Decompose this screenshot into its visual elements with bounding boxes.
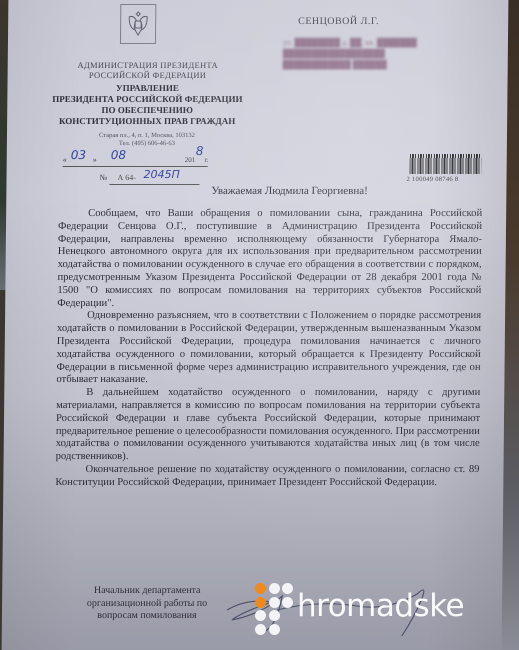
- number-printed: А 64-: [117, 173, 136, 182]
- body-paragraph: Одновременно разъясняем, что в соответст…: [56, 310, 481, 387]
- barcode-icon: [410, 154, 482, 174]
- signature-line: организационной работы по: [72, 598, 222, 611]
- letterhead-dept-line: Президента Российской Федерации: [47, 94, 247, 104]
- address-line: ул. ████████ д. ██, кв. ███████: [283, 37, 478, 48]
- date-month: 08: [111, 148, 126, 162]
- barcode-number: 2 100049 08746 8: [406, 176, 458, 183]
- number-prefix: №: [99, 173, 107, 182]
- date-field: « 03 » 08 201 8 г.: [63, 152, 208, 167]
- body-paragraph: Окончательное решение по ходатайству осу…: [55, 464, 479, 490]
- date-suffix: г.: [205, 156, 209, 164]
- letterhead-dept-line: конституционных прав граждан: [47, 116, 247, 126]
- letter-page: Администрация Президента Российской Феде…: [2, 0, 509, 650]
- phone-text: Тел. (495) 606-46-63: [47, 140, 247, 148]
- date-year-prefix: 201: [185, 156, 196, 164]
- date-day: 03: [71, 148, 86, 162]
- date-year-hand: 8: [196, 144, 204, 158]
- document-number-field: № А 64- 2045П: [109, 170, 199, 185]
- letterhead-dept-line: по обеспечению: [47, 105, 247, 115]
- number-handwritten: 2045П: [144, 168, 180, 181]
- signature-line: Начальник департамента: [72, 585, 222, 598]
- coat-of-arms-icon: [120, 4, 156, 44]
- hromadske-logo-icon: [255, 583, 294, 636]
- signature-line: вопросам помилования: [72, 610, 222, 623]
- address-line: ██████████████████: [283, 48, 478, 59]
- letterhead-admin-line: Российской Федерации: [48, 70, 248, 80]
- addressee-address-redacted: ул. ████████ д. ██, кв. ███████ ████████…: [283, 37, 478, 70]
- letterhead: Администрация Президента Российской Феде…: [47, 60, 248, 148]
- address-text: Старая пл., 4, п. 1, Москва, 103132: [47, 132, 247, 140]
- body-paragraph: Сообщаем, что Ваши обращения о помилован…: [57, 208, 482, 310]
- letterhead-dept-line: Управление: [47, 83, 247, 93]
- letterhead-address: Старая пл., 4, п. 1, Москва, 103132 Тел.…: [47, 132, 247, 148]
- letterhead-admin-line: Администрация Президента: [48, 60, 248, 70]
- hromadske-logo-text: hromadske: [297, 588, 464, 624]
- hromadske-watermark: hromadske: [255, 583, 464, 636]
- letter-body: Сообщаем, что Ваши обращения о помилован…: [55, 208, 482, 490]
- salutation: Уважаемая Людмила Георгиевна!: [211, 185, 368, 197]
- body-paragraph: В дальнейшем ходатайство осужденного о п…: [56, 387, 481, 464]
- addressee-name: Сенцовой Л.Г.: [298, 16, 478, 27]
- address-line: ████████████ ██████: [283, 59, 478, 70]
- signature-title: Начальник департамента организационной р…: [72, 585, 222, 623]
- addressee-block: Сенцовой Л.Г. ул. ████████ д. ██, кв. ██…: [298, 16, 479, 70]
